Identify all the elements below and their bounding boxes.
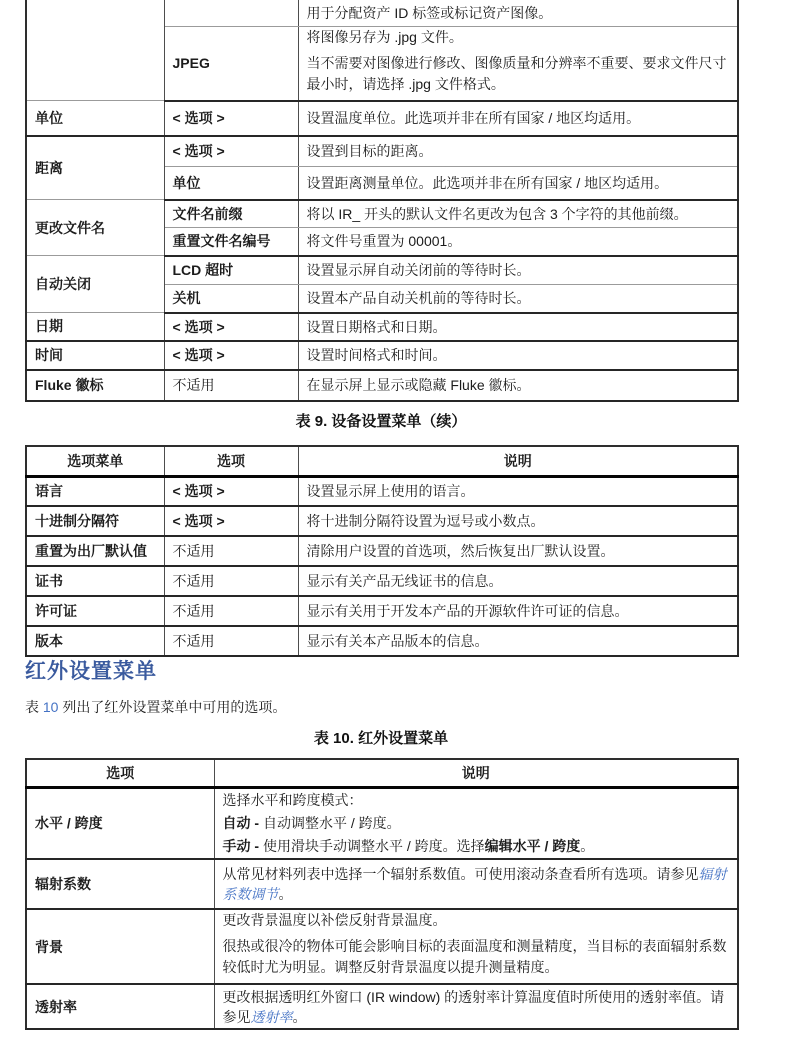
table-row: 十进制分隔符 < 选项 > 将十进制分隔符设置为逗号或小数点。 [26,506,738,536]
cell-menu: 证书 [26,566,164,596]
cell-menu: 版本 [26,626,164,656]
transmission-link[interactable]: 透射率 [251,1009,293,1025]
cell-menu: 许可证 [26,596,164,626]
table-row: 时间 < 选项 > 设置时间格式和时间。 [26,341,738,370]
cell-desc: 更改背景温度以补偿反射背景温度。 很热或很冷的物体可能会影响目标的表面温度和测量… [214,909,738,984]
desc-text: 自动调整水平 / 跨度。 [263,815,401,831]
ir-settings-menu-table: 选项 说明 水平 / 跨度 选择水平和跨度模式： 自动 - 自动调整水平 / 跨… [25,758,739,1030]
cell-menu: 时间 [26,341,164,370]
cell-desc: 用于分配资产 ID 标签或标记资产图像。 [298,0,738,26]
cell-desc: 设置时间格式和时间。 [298,341,738,370]
table-row: Fluke 徽标 不适用 在显示屏上显示或隐藏 Fluke 徽标。 [26,370,738,401]
cell-option: < 选项 > [164,313,298,341]
cell-menu: 距离 [26,136,164,200]
bold-term: 自动 - [223,815,263,831]
cell-option: LCD 超时 [164,256,298,285]
table-row: 水平 / 跨度 选择水平和跨度模式： 自动 - 自动调整水平 / 跨度。 手动 … [26,787,738,859]
cell-option: 背景 [26,909,214,984]
ir-settings-table: 选项 说明 水平 / 跨度 选择水平和跨度模式： 自动 - 自动调整水平 / 跨… [25,758,739,1030]
cell-option: 文件名前缀 [164,200,298,228]
cell-option: < 选项 > [164,101,298,136]
header-option: 选项 [26,759,214,787]
header-desc: 说明 [298,446,738,476]
cell-desc: 从常见材料列表中选择一个辐射系数值。可使用滚动条查看所有选项。请参见辐射系数调节… [214,859,738,909]
cell-option: 不适用 [164,566,298,596]
intro-text-prefix: 表 [25,699,43,715]
cell-desc: 将以 IR_ 开头的默认文件名更改为包含 3 个字符的其他前缀。 [298,200,738,228]
cell-option: 不适用 [164,626,298,656]
cell-desc: 设置到目标的距离。 [298,136,738,167]
cell-desc: 设置显示屏自动关闭前的等待时长。 [298,256,738,285]
table-row: 辐射系数 从常见材料列表中选择一个辐射系数值。可使用滚动条查看所有选项。请参见辐… [26,859,738,909]
table-header-row: 选项菜单 选项 说明 [26,446,738,476]
cell-desc: 更改根据透明红外窗口 (IR window) 的透射率计算温度值时所使用的透射率… [214,984,738,1029]
table-row: 单位 < 选项 > 设置温度单位。此选项并非在所有国家 / 地区均适用。 [26,101,738,136]
cell-desc: 显示有关产品无线证书的信息。 [298,566,738,596]
desc-paragraph: 很热或很冷的物体可能会影响目标的表面温度和测量精度，当目标的表面辐射系数较低时尤… [223,936,730,978]
cell-option: 不适用 [164,370,298,401]
table-row: 用于分配资产 ID 标签或标记资产图像。 [26,0,738,26]
desc-paragraph: 将图像另存为 .jpg 文件。 [307,27,730,48]
device-settings-table-continued: 选项菜单 选项 说明 语言 < 选项 > 设置显示屏上使用的语言。 十进制分隔符… [25,445,739,657]
cell-option: 重置文件名编号 [164,228,298,256]
cell-menu: 重置为出厂默认值 [26,536,164,566]
cell-desc: 选择水平和跨度模式： 自动 - 自动调整水平 / 跨度。 手动 - 使用滑块手动… [214,787,738,859]
cell-desc: 设置温度单位。此选项并非在所有国家 / 地区均适用。 [298,101,738,136]
intro-paragraph: 表 10 列出了红外设置菜单中可用的选项。 [25,697,286,717]
section-heading: 红外设置菜单 [25,655,157,685]
cell-option: < 选项 > [164,506,298,536]
cell-option: 不适用 [164,596,298,626]
cell-menu: 更改文件名 [26,200,164,256]
cell-desc: 清除用户设置的首选项，然后恢复出厂默认设置。 [298,536,738,566]
table-row: 距离 < 选项 > 设置到目标的距离。 [26,136,738,167]
cell-desc: 将图像另存为 .jpg 文件。 当不需要对图像进行修改、图像质量和分辨率不重要、… [298,26,738,101]
cell-option: < 选项 > [164,476,298,506]
desc-text: 。 [279,886,293,902]
cell-desc: 在显示屏上显示或隐藏 Fluke 徽标。 [298,370,738,401]
table10-caption: 表 10. 红外设置菜单 [25,727,737,748]
desc-text: 。 [293,1009,307,1025]
device-settings-table-continued-top: 用于分配资产 ID 标签或标记资产图像。 JPEG 将图像另存为 .jpg 文件… [25,0,739,402]
cell-desc: 将文件号重置为 00001。 [298,228,738,256]
desc-line: 选择水平和跨度模式： [223,789,730,812]
cell-option: 关机 [164,285,298,313]
bold-term: 手动 - [223,838,263,854]
cell-option: < 选项 > [164,136,298,167]
intro-text-suffix: 列出了红外设置菜单中可用的选项。 [58,699,286,715]
cell-option: JPEG [164,26,298,101]
device-settings-table-bottom: 选项菜单 选项 说明 语言 < 选项 > 设置显示屏上使用的语言。 十进制分隔符… [25,445,739,657]
desc-paragraph: 当不需要对图像进行修改、图像质量和分辨率不重要、要求文件尺寸最小时，请选择 .j… [307,53,730,95]
header-desc: 说明 [214,759,738,787]
cell-menu: 语言 [26,476,164,506]
manual-page: 用于分配资产 ID 标签或标记资产图像。 JPEG 将图像另存为 .jpg 文件… [0,0,790,1039]
desc-text: 从常见材料列表中选择一个辐射系数值。可使用滚动条查看所有选项。请参见 [223,866,699,882]
desc-text: 。 [580,838,594,854]
cell-menu: 十进制分隔符 [26,506,164,536]
table-row: 重置为出厂默认值 不适用 清除用户设置的首选项，然后恢复出厂默认设置。 [26,536,738,566]
table-row: 版本 不适用 显示有关本产品版本的信息。 [26,626,738,656]
table-row: 透射率 更改根据透明红外窗口 (IR window) 的透射率计算温度值时所使用… [26,984,738,1029]
desc-line: 手动 - 使用滑块手动调整水平 / 跨度。选择编辑水平 / 跨度。 [223,835,730,858]
desc-text: 使用滑块手动调整水平 / 跨度。选择 [263,838,485,854]
cell-desc: 将十进制分隔符设置为逗号或小数点。 [298,506,738,536]
table10-reference-link[interactable]: 10 [43,699,59,715]
cell-option: 不适用 [164,536,298,566]
device-settings-table-top: 用于分配资产 ID 标签或标记资产图像。 JPEG 将图像另存为 .jpg 文件… [25,0,739,402]
header-option: 选项 [164,446,298,476]
bold-term: 编辑水平 / 跨度 [485,838,581,854]
cell-option: 水平 / 跨度 [26,787,214,859]
cell-option-empty [164,0,298,26]
cell-option: 单位 [164,167,298,200]
cell-desc: 设置距离测量单位。此选项并非在所有国家 / 地区均适用。 [298,167,738,200]
table9-caption: 表 9. 设备设置菜单（续） [25,410,737,431]
cell-desc: 显示有关用于开发本产品的开源软件许可证的信息。 [298,596,738,626]
cell-menu: 自动关闭 [26,256,164,313]
cell-menu: 单位 [26,101,164,136]
cell-desc: 设置日期格式和日期。 [298,313,738,341]
cell-desc: 设置显示屏上使用的语言。 [298,476,738,506]
cell-menu-empty [26,0,164,101]
table-row: 更改文件名 文件名前缀 将以 IR_ 开头的默认文件名更改为包含 3 个字符的其… [26,200,738,228]
desc-line: 自动 - 自动调整水平 / 跨度。 [223,812,730,835]
table-row: 自动关闭 LCD 超时 设置显示屏自动关闭前的等待时长。 [26,256,738,285]
cell-desc: 显示有关本产品版本的信息。 [298,626,738,656]
table-row: 证书 不适用 显示有关产品无线证书的信息。 [26,566,738,596]
cell-desc: 设置本产品自动关机前的等待时长。 [298,285,738,313]
desc-paragraph: 更改背景温度以补偿反射背景温度。 [223,910,730,931]
table-row: 日期 < 选项 > 设置日期格式和日期。 [26,313,738,341]
table-header-row: 选项 说明 [26,759,738,787]
cell-option: 辐射系数 [26,859,214,909]
cell-menu: 日期 [26,313,164,341]
header-menu: 选项菜单 [26,446,164,476]
cell-menu: Fluke 徽标 [26,370,164,401]
table-row: 语言 < 选项 > 设置显示屏上使用的语言。 [26,476,738,506]
cell-option: < 选项 > [164,341,298,370]
cell-option: 透射率 [26,984,214,1029]
table-row: 许可证 不适用 显示有关用于开发本产品的开源软件许可证的信息。 [26,596,738,626]
table-row: 背景 更改背景温度以补偿反射背景温度。 很热或很冷的物体可能会影响目标的表面温度… [26,909,738,984]
